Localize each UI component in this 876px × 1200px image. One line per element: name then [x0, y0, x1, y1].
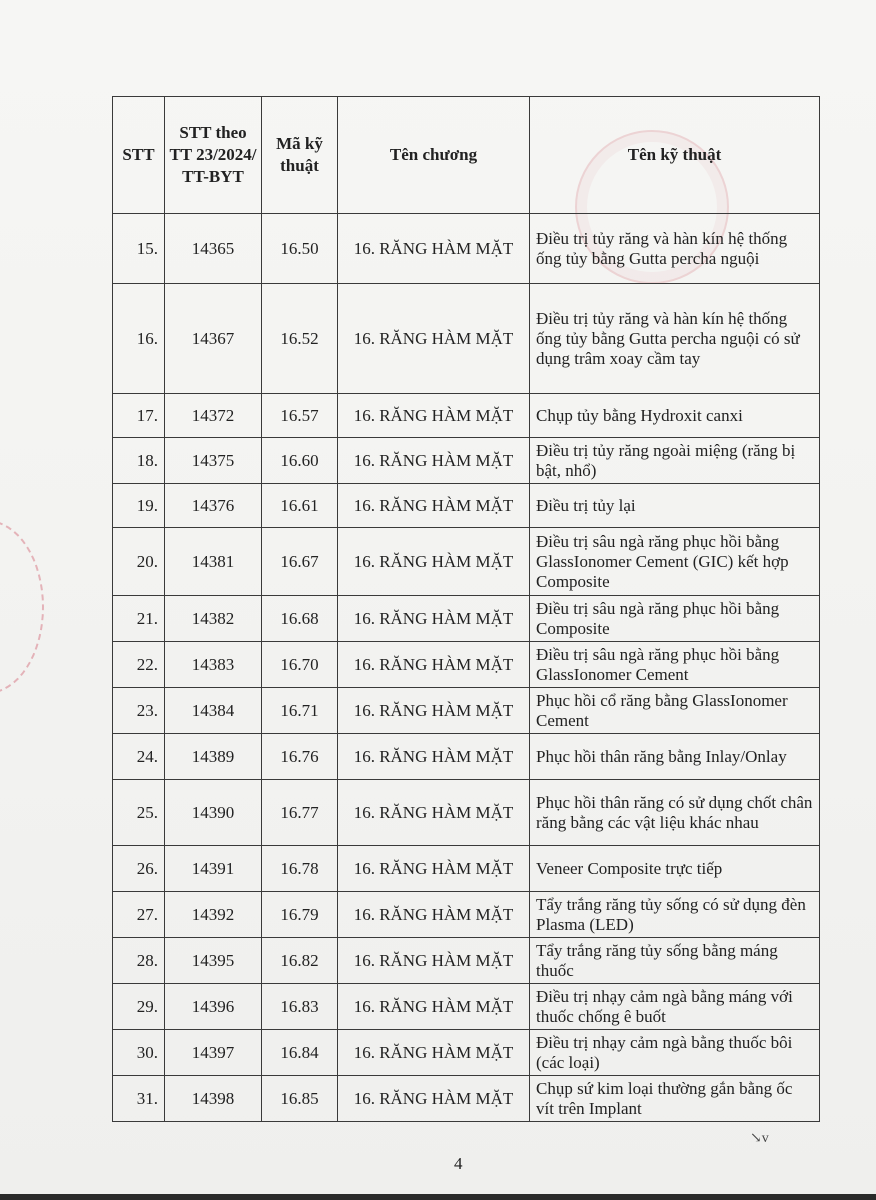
table-row: 30.1439716.8416. RĂNG HÀM MẶTĐiều trị nh…: [113, 1030, 820, 1076]
cell-ten-chuong: 16. RĂNG HÀM MẶT: [338, 1030, 530, 1076]
cell-stt: 31.: [113, 1076, 165, 1122]
cell-stt-tt: 14375: [165, 438, 262, 484]
cell-ma-ky-thuat: 16.57: [262, 394, 338, 438]
cell-stt: 20.: [113, 528, 165, 596]
cell-stt: 22.: [113, 642, 165, 688]
cell-ten-ky-thuat: Điều trị tủy răng và hàn kín hệ thống ốn…: [530, 284, 820, 394]
header-ten-ky-thuat: Tên kỹ thuật: [530, 97, 820, 214]
cell-stt: 25.: [113, 780, 165, 846]
cell-stt-tt: 14384: [165, 688, 262, 734]
cell-stt: 15.: [113, 214, 165, 284]
table-row: 19.1437616.6116. RĂNG HÀM MẶTĐiều trị tủ…: [113, 484, 820, 528]
table-row: 31.1439816.8516. RĂNG HÀM MẶTChụp sứ kim…: [113, 1076, 820, 1122]
table-row: 23.1438416.7116. RĂNG HÀM MẶTPhục hồi cổ…: [113, 688, 820, 734]
cell-stt-tt: 14372: [165, 394, 262, 438]
cell-ten-chuong: 16. RĂNG HÀM MẶT: [338, 484, 530, 528]
cell-stt-tt: 14395: [165, 938, 262, 984]
cell-ten-ky-thuat: Điều trị tủy lại: [530, 484, 820, 528]
cell-ma-ky-thuat: 16.70: [262, 642, 338, 688]
cell-stt-tt: 14391: [165, 846, 262, 892]
table-row: 22.1438316.7016. RĂNG HÀM MẶTĐiều trị sâ…: [113, 642, 820, 688]
cell-stt-tt: 14382: [165, 596, 262, 642]
cell-ten-chuong: 16. RĂNG HÀM MẶT: [338, 284, 530, 394]
cell-stt: 21.: [113, 596, 165, 642]
table-row: 21.1438216.6816. RĂNG HÀM MẶTĐiều trị sâ…: [113, 596, 820, 642]
cell-ten-chuong: 16. RĂNG HÀM MẶT: [338, 596, 530, 642]
cell-ten-ky-thuat: Chụp sứ kim loại thường gắn bằng ốc vít …: [530, 1076, 820, 1122]
cell-stt-tt: 14390: [165, 780, 262, 846]
cell-stt: 19.: [113, 484, 165, 528]
table-row: 18.1437516.6016. RĂNG HÀM MẶTĐiều trị tủ…: [113, 438, 820, 484]
header-ten-chuong: Tên chương: [338, 97, 530, 214]
table-row: 29.1439616.8316. RĂNG HÀM MẶTĐiều trị nh…: [113, 984, 820, 1030]
header-stt-tt: STT theo TT 23/2024/ TT-BYT: [165, 97, 262, 214]
cell-ma-ky-thuat: 16.67: [262, 528, 338, 596]
cell-ten-chuong: 16. RĂNG HÀM MẶT: [338, 394, 530, 438]
cell-stt-tt: 14397: [165, 1030, 262, 1076]
cell-stt: 30.: [113, 1030, 165, 1076]
cell-ten-ky-thuat: Phục hồi thân răng có sử dụng chốt chân …: [530, 780, 820, 846]
cell-stt: 17.: [113, 394, 165, 438]
header-stt: STT: [113, 97, 165, 214]
cell-ma-ky-thuat: 16.50: [262, 214, 338, 284]
bottom-edge: [0, 1194, 876, 1200]
cell-stt: 28.: [113, 938, 165, 984]
cell-ma-ky-thuat: 16.85: [262, 1076, 338, 1122]
cell-stt-tt: 14376: [165, 484, 262, 528]
cell-stt: 26.: [113, 846, 165, 892]
cell-stt-tt: 14398: [165, 1076, 262, 1122]
handwritten-mark: ↘v: [750, 1130, 769, 1147]
cell-ma-ky-thuat: 16.83: [262, 984, 338, 1030]
cell-ten-chuong: 16. RĂNG HÀM MẶT: [338, 734, 530, 780]
cell-stt-tt: 14389: [165, 734, 262, 780]
page-number: 4: [454, 1154, 463, 1174]
cell-stt: 16.: [113, 284, 165, 394]
cell-ten-ky-thuat: Điều trị tủy răng ngoài miệng (răng bị b…: [530, 438, 820, 484]
table-row: 27.1439216.7916. RĂNG HÀM MẶTTẩy trắng r…: [113, 892, 820, 938]
cell-ma-ky-thuat: 16.78: [262, 846, 338, 892]
cell-ten-ky-thuat: Điều trị sâu ngà răng phục hồi bằng Glas…: [530, 642, 820, 688]
cell-ten-ky-thuat: Điều trị nhạy cảm ngà bằng máng với thuố…: [530, 984, 820, 1030]
red-seal-stamp-partial: [0, 520, 44, 694]
cell-ten-ky-thuat: Phục hồi thân răng bằng Inlay/Onlay: [530, 734, 820, 780]
cell-ten-chuong: 16. RĂNG HÀM MẶT: [338, 1076, 530, 1122]
cell-stt-tt: 14383: [165, 642, 262, 688]
cell-ma-ky-thuat: 16.82: [262, 938, 338, 984]
cell-ma-ky-thuat: 16.84: [262, 1030, 338, 1076]
cell-stt-tt: 14365: [165, 214, 262, 284]
table-row: 25.1439016.7716. RĂNG HÀM MẶTPhục hồi th…: [113, 780, 820, 846]
cell-stt: 24.: [113, 734, 165, 780]
cell-ten-chuong: 16. RĂNG HÀM MẶT: [338, 938, 530, 984]
cell-ma-ky-thuat: 16.52: [262, 284, 338, 394]
technique-table: STT STT theo TT 23/2024/ TT-BYT Mã kỹ th…: [112, 96, 820, 1122]
cell-ma-ky-thuat: 16.60: [262, 438, 338, 484]
cell-stt: 27.: [113, 892, 165, 938]
document-page: STT STT theo TT 23/2024/ TT-BYT Mã kỹ th…: [0, 0, 876, 1194]
table-row: 16.1436716.5216. RĂNG HÀM MẶTĐiều trị tủ…: [113, 284, 820, 394]
cell-ma-ky-thuat: 16.77: [262, 780, 338, 846]
cell-ten-ky-thuat: Tẩy trắng răng tủy sống có sử dụng đèn P…: [530, 892, 820, 938]
table-row: 26.1439116.7816. RĂNG HÀM MẶTVeneer Comp…: [113, 846, 820, 892]
cell-ten-chuong: 16. RĂNG HÀM MẶT: [338, 892, 530, 938]
cell-stt: 23.: [113, 688, 165, 734]
cell-ten-chuong: 16. RĂNG HÀM MẶT: [338, 846, 530, 892]
cell-ten-ky-thuat: Điều trị sâu ngà răng phục hồi bằng Comp…: [530, 596, 820, 642]
cell-ten-chuong: 16. RĂNG HÀM MẶT: [338, 214, 530, 284]
cell-stt: 18.: [113, 438, 165, 484]
table-body: 15.1436516.5016. RĂNG HÀM MẶTĐiều trị tủ…: [113, 214, 820, 1122]
cell-ten-chuong: 16. RĂNG HÀM MẶT: [338, 780, 530, 846]
cell-ma-ky-thuat: 16.79: [262, 892, 338, 938]
cell-stt-tt: 14392: [165, 892, 262, 938]
cell-ten-ky-thuat: Phục hồi cổ răng bằng GlassIonomer Cemen…: [530, 688, 820, 734]
cell-ten-ky-thuat: Điều trị tủy răng và hàn kín hệ thống ốn…: [530, 214, 820, 284]
table-row: 28.1439516.8216. RĂNG HÀM MẶTTẩy trắng r…: [113, 938, 820, 984]
cell-ma-ky-thuat: 16.68: [262, 596, 338, 642]
cell-stt-tt: 14367: [165, 284, 262, 394]
cell-ten-chuong: 16. RĂNG HÀM MẶT: [338, 642, 530, 688]
cell-ten-chuong: 16. RĂNG HÀM MẶT: [338, 984, 530, 1030]
header-ma-ky-thuat: Mã kỹ thuật: [262, 97, 338, 214]
cell-ten-ky-thuat: Veneer Composite trực tiếp: [530, 846, 820, 892]
cell-ten-chuong: 16. RĂNG HÀM MẶT: [338, 688, 530, 734]
cell-ten-chuong: 16. RĂNG HÀM MẶT: [338, 438, 530, 484]
cell-ma-ky-thuat: 16.71: [262, 688, 338, 734]
cell-stt-tt: 14396: [165, 984, 262, 1030]
cell-ma-ky-thuat: 16.76: [262, 734, 338, 780]
cell-ten-ky-thuat: Điều trị nhạy cảm ngà bằng thuốc bôi (cá…: [530, 1030, 820, 1076]
cell-ma-ky-thuat: 16.61: [262, 484, 338, 528]
cell-stt-tt: 14381: [165, 528, 262, 596]
table-row: 20.1438116.6716. RĂNG HÀM MẶTĐiều trị sâ…: [113, 528, 820, 596]
cell-ten-ky-thuat: Điều trị sâu ngà răng phục hồi bằng Glas…: [530, 528, 820, 596]
table-row: 24.1438916.7616. RĂNG HÀM MẶTPhục hồi th…: [113, 734, 820, 780]
cell-stt: 29.: [113, 984, 165, 1030]
table-row: 17.1437216.5716. RĂNG HÀM MẶTChụp tủy bằ…: [113, 394, 820, 438]
table-header-row: STT STT theo TT 23/2024/ TT-BYT Mã kỹ th…: [113, 97, 820, 214]
table-row: 15.1436516.5016. RĂNG HÀM MẶTĐiều trị tủ…: [113, 214, 820, 284]
cell-ten-chuong: 16. RĂNG HÀM MẶT: [338, 528, 530, 596]
cell-ten-ky-thuat: Chụp tủy bằng Hydroxit canxi: [530, 394, 820, 438]
cell-ten-ky-thuat: Tẩy trắng răng tủy sống bằng máng thuốc: [530, 938, 820, 984]
